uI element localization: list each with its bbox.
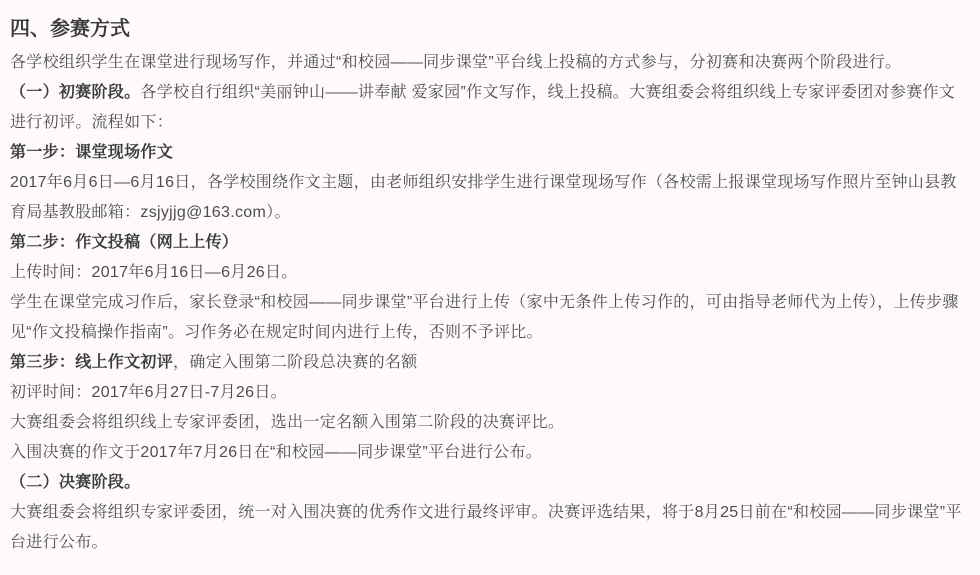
- paragraph: 初评时间：2017年6月27日-7月26日。: [10, 378, 968, 408]
- document-title: 四、参赛方式: [10, 16, 968, 42]
- paragraph-text: 上传时间：2017年6月16日—6月26日。: [10, 264, 298, 281]
- paragraph: 入围决赛的作文于2017年7月26日在“和校园——同步课堂”平台进行公布。: [10, 438, 968, 468]
- paragraph: （一）初赛阶段。各学校自行组织“美丽钟山——讲奉献 爱家园”作文写作，线上投稿。…: [10, 78, 968, 138]
- paragraph: 第三步：线上作文初评，确定入围第二阶段总决赛的名额: [10, 348, 968, 378]
- paragraph-lead: 第一步：课堂现场作文: [10, 144, 173, 161]
- paragraph-lead: （二）决赛阶段。: [10, 474, 140, 491]
- paragraph: 上传时间：2017年6月16日—6月26日。: [10, 258, 968, 288]
- paragraph: 第二步：作文投稿（网上上传）: [10, 228, 968, 258]
- paragraph-text: 各学校自行组织“美丽钟山——讲奉献 爱家园”作文写作，线上投稿。大赛组委会将组织…: [10, 84, 955, 131]
- paragraph-text: 2017年6月6日—6月16日，各学校围绕作文主题，由老师组织安排学生进行课堂现…: [10, 174, 957, 221]
- paragraph: （二）决赛阶段。: [10, 468, 968, 498]
- paragraph: 各学校组织学生在课堂进行现场写作，并通过“和校园——同步课堂”平台线上投稿的方式…: [10, 48, 968, 78]
- paragraph: 大赛组委会将组织线上专家评委团，选出一定名额入围第二阶段的决赛评比。: [10, 408, 968, 438]
- paragraph-lead: （一）初赛阶段。: [10, 84, 140, 101]
- paragraph: 第一步：课堂现场作文: [10, 138, 968, 168]
- paragraph-text: ，确定入围第二阶段总决赛的名额: [173, 354, 418, 371]
- paragraph: 2017年6月6日—6月16日，各学校围绕作文主题，由老师组织安排学生进行课堂现…: [10, 168, 968, 228]
- paragraph-text: 学生在课堂完成习作后，家长登录“和校园——同步课堂”平台进行上传（家中无条件上传…: [10, 294, 959, 341]
- document-body: 各学校组织学生在课堂进行现场写作，并通过“和校园——同步课堂”平台线上投稿的方式…: [10, 48, 968, 558]
- paragraph: 学生在课堂完成习作后，家长登录“和校园——同步课堂”平台进行上传（家中无条件上传…: [10, 288, 968, 348]
- paragraph-text: 各学校组织学生在课堂进行现场写作，并通过“和校园——同步课堂”平台线上投稿的方式…: [10, 54, 901, 71]
- paragraph-lead: 第三步：线上作文初评: [10, 354, 173, 371]
- paragraph-lead: 第二步：作文投稿（网上上传）: [10, 234, 238, 251]
- paragraph: 大赛组委会将组织专家评委团，统一对入围决赛的优秀作文进行最终评审。决赛评选结果，…: [10, 498, 968, 558]
- paragraph-text: 初评时间：2017年6月27日-7月26日。: [10, 384, 287, 401]
- paragraph-text: 大赛组委会将组织专家评委团，统一对入围决赛的优秀作文进行最终评审。决赛评选结果，…: [10, 504, 962, 551]
- paragraph-text: 入围决赛的作文于2017年7月26日在“和校园——同步课堂”平台进行公布。: [10, 444, 542, 461]
- document: 四、参赛方式 各学校组织学生在课堂进行现场写作，并通过“和校园——同步课堂”平台…: [0, 0, 980, 558]
- paragraph-text: 大赛组委会将组织线上专家评委团，选出一定名额入围第二阶段的决赛评比。: [10, 414, 564, 431]
